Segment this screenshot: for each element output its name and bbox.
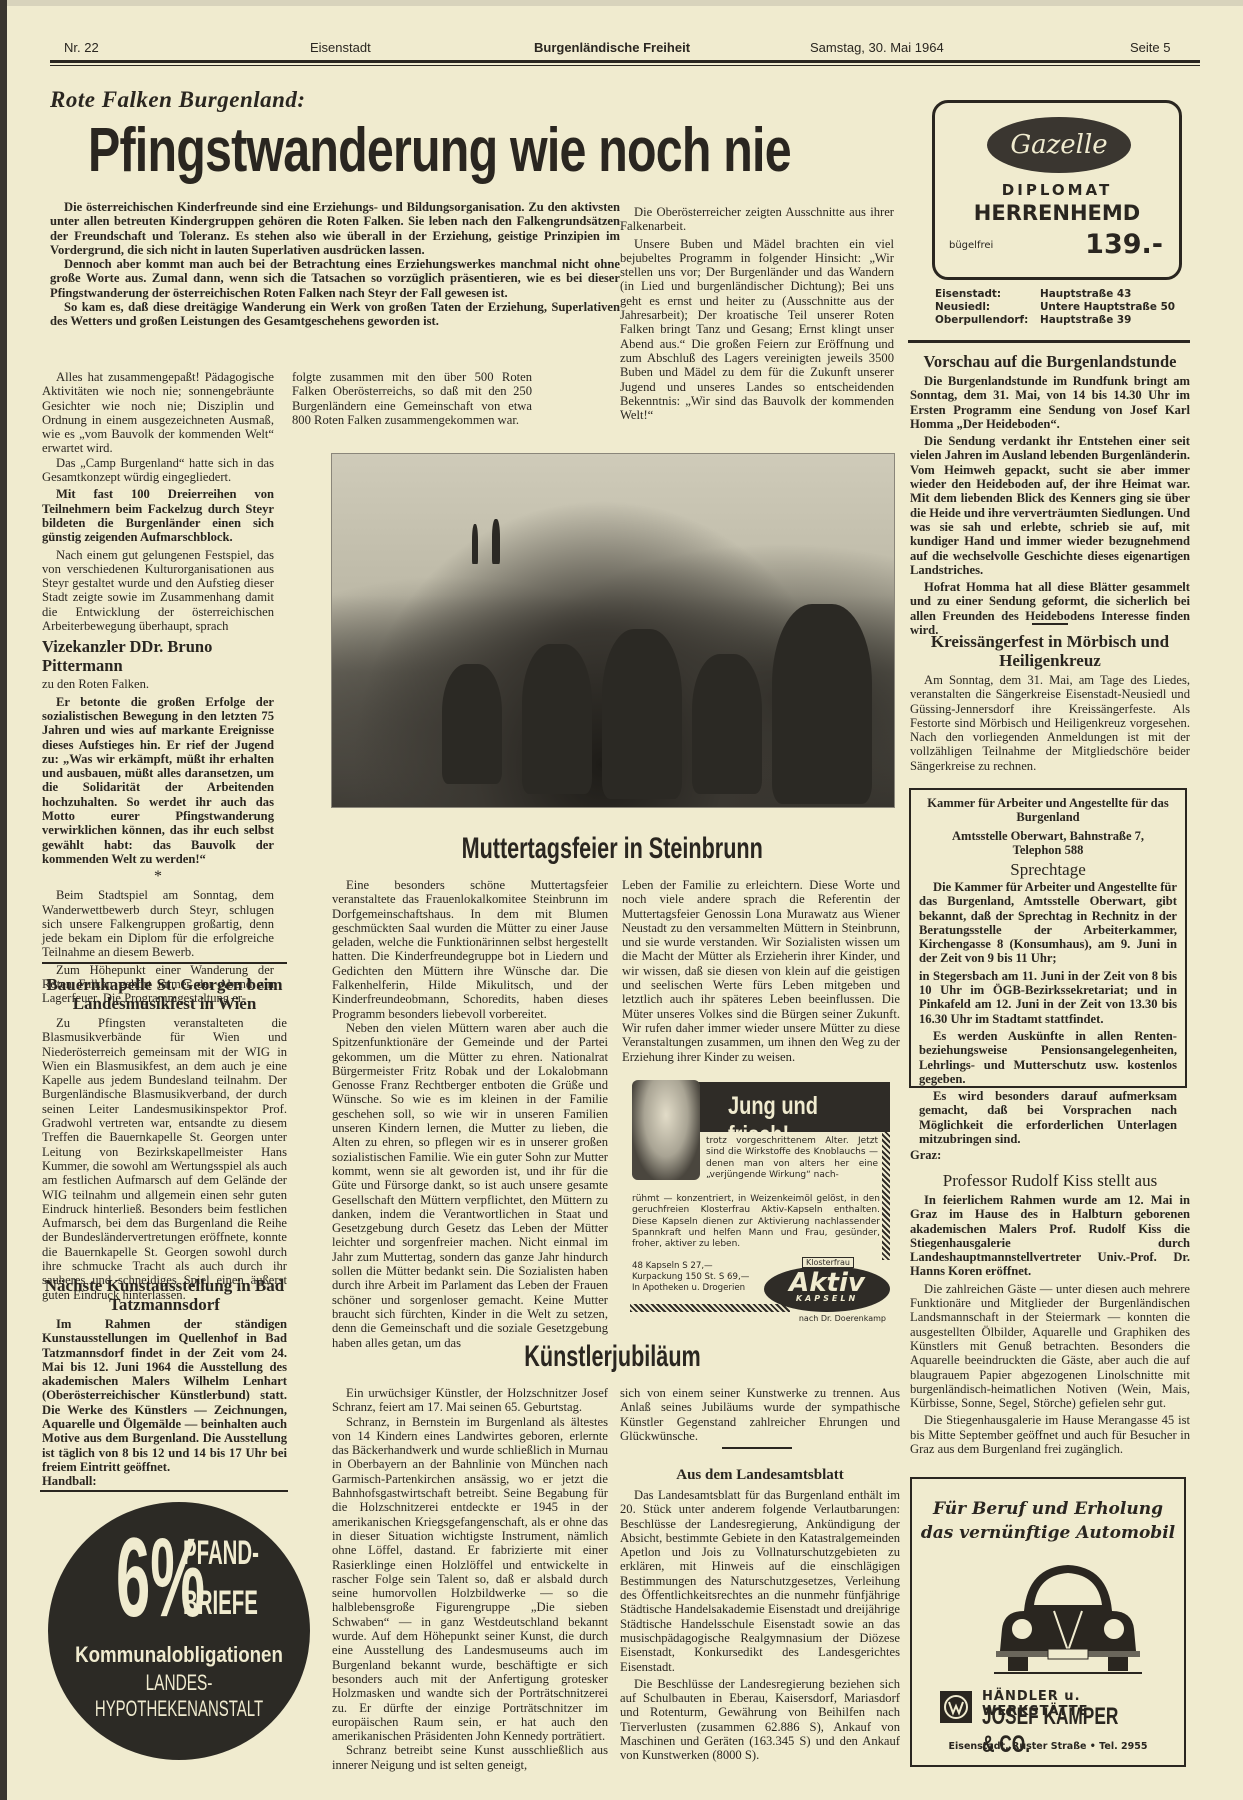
short-rule: [722, 1447, 792, 1449]
lead-intro-p1: Die österreichischen Kinderfreunde sind …: [50, 200, 620, 257]
speaker-subhead: Vizekanzler DDr. Bruno Pittermann: [42, 637, 274, 675]
address-street: Hauptstraße 43: [1040, 288, 1131, 301]
mutter-column-2: Leben der Familie zu erleichtern. Diese …: [622, 878, 900, 1064]
ad-slogan-line: das vernünftige Automobil: [912, 1521, 1184, 1545]
notice-paragraph: in Stegersbach am 11. Juni in der Zeit v…: [919, 969, 1177, 1026]
address-street: Untere Hauptstraße 50: [1040, 301, 1175, 314]
ad-klosterfrau-aktiv: Jung und frisch! trotz vorgeschrittenem …: [628, 1078, 890, 1325]
ad-line: PFAND-: [183, 1534, 259, 1573]
lead-paragraph: zu den Roten Falken.: [42, 677, 274, 691]
lead-paragraph: Das „Camp Burgenland“ hatte sich in das …: [42, 456, 274, 485]
ad-hatch-border: [630, 1304, 790, 1312]
photo-figure-distant: [472, 524, 478, 564]
ad-dealer-address: Eisenstadt, Ruster Straße • Tel. 2955: [912, 1741, 1184, 1752]
masthead-city: Eisenstadt: [310, 40, 371, 55]
ad-feature: bügelfrei: [949, 240, 993, 251]
article-paragraph: Hofrat Homma hat all diese Blätter gesam…: [910, 580, 1190, 637]
ad-banner: Jung und frisch!: [690, 1082, 890, 1132]
lead-paragraph: Alles hat zusammengepaßt! Pädagogische A…: [42, 370, 274, 456]
lead-paragraph: folgte zusammen mit den über 500 Roten F…: [292, 370, 532, 427]
notice-paragraph: Es werden Auskünfte in allen Renten- bez…: [919, 1029, 1177, 1086]
page-edge-binding: [0, 0, 7, 1800]
section-asterisk: *: [42, 869, 274, 885]
ad-portrait-photo: [632, 1080, 700, 1180]
article-paragraph: Die zahlreichen Gäste — unter diesen auc…: [910, 1282, 1190, 1411]
article-paragraph: Im Rahmen der ständigen Kunstausstellung…: [42, 1317, 287, 1474]
jubi-column-1: Ein urwüchsiger Künstler, der Holzschnit…: [332, 1386, 608, 1772]
ad-price-line: Kurpackung 150 St. S 69,—: [632, 1272, 749, 1283]
ad-pfandbriefe: 6% PFAND- BRIEFE Kommunalobligationen LA…: [48, 1502, 310, 1760]
lead-paragraph: Unsere Buben und Mädel brachten ein viel…: [620, 237, 894, 423]
vw-logo-icon: [940, 1691, 972, 1723]
article-title: Bauernkapelle St. Georgen beim Landesmus…: [42, 975, 287, 1013]
ad-slogan: Für Beruf und Erholung das vernünftige A…: [912, 1497, 1184, 1545]
article-title: Nächste Kunstausstellung in Bad Tatzmann…: [42, 1276, 287, 1314]
column-rule: [40, 1490, 288, 1492]
notice-org: Kammer für Arbeiter und Angestellte für …: [919, 796, 1177, 824]
lead-intro-p2: Dennoch aber kommt man auch bei der Betr…: [50, 257, 620, 300]
article-trailer: Handball:: [42, 1474, 287, 1488]
ad-copy: rühmt — konzentriert, in Weizenkeimöl ge…: [632, 1194, 880, 1250]
ad-logo-sub: KAPSELN: [764, 1294, 890, 1303]
article-paragraph: Die Beschlüsse der Landesregierung bezie…: [620, 1677, 900, 1763]
article-landesamtsblatt: Aus dem Landesamtsblatt Das Landesamtsbl…: [620, 1466, 900, 1763]
address-row: Neusiedl:Untere Hauptstraße 50: [935, 301, 1195, 314]
lead-column-3: Die Oberösterreicher zeigten Ausschnitte…: [620, 205, 894, 422]
aktiv-logo: Klosterfrau Aktiv KAPSELN: [764, 1266, 890, 1312]
article-kiss: Graz: Professor Rudolf Kiss stellt aus I…: [910, 1148, 1190, 1456]
article-kicker: Graz:: [910, 1148, 1190, 1163]
issue-date: Samstag, 30. Mai 1964: [810, 40, 944, 55]
ad-vw-kamper: Für Beruf und Erholung das vernünftige A…: [910, 1477, 1186, 1767]
mutter-title-wrap: Muttertagsfeier in Steinbrunn: [330, 832, 895, 866]
gazelle-logo: Gazelle: [987, 117, 1131, 173]
newspaper-name: Burgenländische Freiheit: [534, 40, 690, 55]
lead-paragraph: Die Oberösterreicher zeigten Ausschnitte…: [620, 205, 894, 234]
ad-gazelle-shirt: Gazelle DIPLOMAT HERRENHEMD bügelfrei 13…: [932, 100, 1182, 280]
article-paragraph: In feierlichem Rahmen wurde am 12. Mai i…: [910, 1193, 1190, 1279]
issue-number: Nr. 22: [64, 40, 99, 55]
column-rule: [42, 962, 287, 964]
notice-paragraph: Es wird besonders darauf aufmerksam gema…: [919, 1089, 1177, 1146]
vw-beetle-icon: [994, 1559, 1142, 1677]
mutter-column-1: Eine besonders schöne Muttertagsfeier ve…: [332, 878, 608, 1350]
notice-office: Amtsstelle Oberwart, Bahnstraße 7, Telep…: [919, 829, 1177, 857]
address-city: Neusiedl:: [935, 301, 1040, 314]
article-paragraph: Schranz, in Bernstein im Burgenland als …: [332, 1415, 608, 1744]
article-bauernkapelle: Bauernkapelle St. Georgen beim Landesmus…: [42, 975, 287, 1302]
ad-brand: Klosterfrau: [802, 1257, 854, 1268]
article-title: Professor Rudolf Kiss stellt aus: [910, 1171, 1190, 1190]
ad-price-line: 48 Kapseln S 27,—: [632, 1261, 749, 1272]
ad-copy: trotz vorgeschrittenem Alter. Jetzt sind…: [706, 1136, 878, 1181]
address-city: Eisenstadt:: [935, 288, 1040, 301]
lead-paragraph: Beim Stadtspiel am Sonntag, dem Wanderwe…: [42, 888, 274, 959]
photo-youth-group: [331, 453, 895, 808]
lead-paragraph-bold: Mit fast 100 Dreierreihen von Teilnehmer…: [42, 487, 274, 544]
article-kreissaengerfest: Kreissängerfest in Mörbisch und Heiligen…: [910, 632, 1190, 773]
page-number: Seite 5: [1130, 40, 1170, 55]
ad-line: BRIEFE: [183, 1584, 258, 1623]
jubi-title-wrap: Künstlerjubiläum: [330, 1340, 895, 1374]
lead-paragraph: Nach einem gut gelungenen Festspiel, das…: [42, 548, 274, 634]
lead-headline: Pfingstwanderung wie noch nie: [88, 120, 791, 182]
masthead: Nr. 22 Eisenstadt Burgenländische Freihe…: [50, 40, 1200, 62]
article-paragraph: Das Landesamtsblatt für das Burgenland e…: [620, 1488, 900, 1674]
page-edge-top: [0, 0, 1243, 6]
article-paragraph: sich von einem seiner Kunstwerke zu tren…: [620, 1386, 900, 1443]
ad-product-name: HERRENHEMD: [935, 201, 1179, 225]
ad-line: Kommunalobligationen: [68, 1642, 291, 1668]
article-title: Künstlerjubiläum: [524, 1340, 700, 1374]
notice-paragraph: Die Kammer für Arbeiter und Angestellte …: [919, 880, 1177, 966]
lead-column-1: Alles hat zusammengepaßt! Pädagogische A…: [42, 370, 274, 1006]
ad-price: 139.-: [1085, 229, 1163, 260]
article-paragraph: Leben der Familie zu erleichtern. Diese …: [622, 878, 900, 1064]
ad-hatch-border: [882, 1132, 890, 1260]
lead-column-2: folgte zusammen mit den über 500 Roten F…: [292, 370, 532, 427]
ad-line: HYPOTHEKENANSTALT: [90, 1696, 268, 1722]
photo-figure: [772, 604, 872, 804]
lead-intro-p3: So kam es, daß diese dreitägige Wanderun…: [50, 300, 620, 329]
lead-quote-paragraph: Er betonte die großen Erfolge der sozial…: [42, 695, 274, 867]
lead-kicker: Rote Falken Burgenland:: [50, 87, 306, 113]
ad-line: LANDES-: [87, 1670, 270, 1696]
photo-figure: [692, 654, 762, 794]
address-row: Eisenstadt:Hauptstraße 43: [935, 288, 1195, 301]
article-title: Muttertagsfeier in Steinbrunn: [462, 832, 763, 866]
article-paragraph: Zu Pfingsten veranstalteten die Blasmusi…: [42, 1016, 287, 1302]
article-title: Vorschau auf die Burgenlandstunde: [910, 352, 1190, 371]
photo-figure: [442, 664, 502, 784]
lead-intro: Die österreichischen Kinderfreunde sind …: [50, 200, 620, 329]
column-rule: [908, 340, 1190, 343]
article-paragraph: Die Sendung verdankt ihr Entstehen einer…: [910, 434, 1190, 577]
article-paragraph: Die Stiegenhausgalerie im Hause Merangas…: [910, 1413, 1190, 1456]
masthead-rule-thin: [50, 65, 1200, 66]
article-title: Aus dem Landesamtsblatt: [620, 1466, 900, 1485]
photo-figure: [602, 629, 682, 799]
photo-figure: [522, 644, 592, 794]
article-paragraph: Die Burgenlandstunde im Rundfunk bringt …: [910, 374, 1190, 431]
article-kunstausstellung: Nächste Kunstausstellung in Bad Tatzmann…: [42, 1276, 287, 1489]
article-paragraph: Ein urwüchsiger Künstler, der Holzschnit…: [332, 1386, 608, 1415]
jubi-column-2: sich von einem seiner Kunstwerke zu tren…: [620, 1386, 900, 1443]
address-row: Oberpullendorf:Hauptstraße 39: [935, 314, 1195, 327]
article-paragraph: Am Sonntag, dem 31. Mai, am Tage des Lie…: [910, 673, 1190, 773]
gazelle-addresses: Eisenstadt:Hauptstraße 43 Neusiedl:Unter…: [935, 288, 1195, 327]
notice-box-kammer: Kammer für Arbeiter und Angestellte für …: [909, 788, 1187, 1088]
address-street: Hauptstraße 39: [1040, 314, 1131, 327]
ad-credit: nach Dr. Doerenkamp: [799, 1314, 886, 1323]
article-paragraph: Eine besonders schöne Muttertagsfeier ve…: [332, 878, 608, 1021]
article-vorschau: Vorschau auf die Burgenlandstunde Die Bu…: [910, 352, 1190, 637]
article-paragraph: Neben den vielen Müttern waren aber auch…: [332, 1021, 608, 1350]
ad-product-line: DIPLOMAT: [935, 181, 1179, 199]
ad-slogan-line: Für Beruf und Erholung: [912, 1497, 1184, 1521]
notice-title: Sprechtage: [919, 860, 1177, 880]
article-paragraph: Schranz betreibt seine Kunst ausschließl…: [332, 1743, 608, 1772]
short-rule: [1032, 623, 1068, 625]
address-city: Oberpullendorf:: [935, 314, 1040, 327]
ad-pricing: 48 Kapseln S 27,— Kurpackung 150 St. S 6…: [632, 1261, 749, 1294]
photo-figure-distant: [492, 519, 500, 564]
ad-price-line: In Apotheken u. Drogerien: [632, 1283, 749, 1294]
article-title: Kreissängerfest in Mörbisch und Heiligen…: [910, 632, 1190, 670]
masthead-rule: [50, 60, 1200, 63]
